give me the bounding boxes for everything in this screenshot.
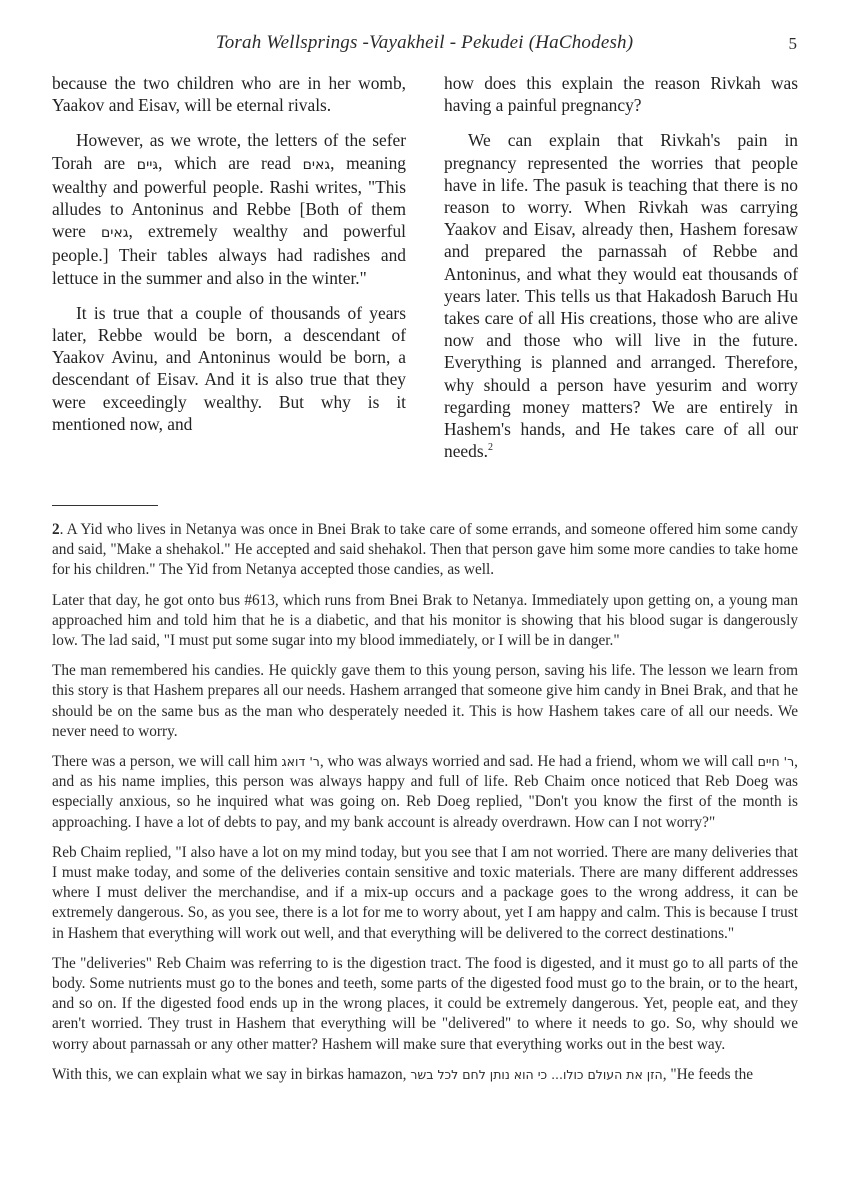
- hebrew-name: ר' חיים: [758, 754, 795, 769]
- text-span: There was a person, we will call him: [52, 753, 282, 770]
- hebrew-word: גּיים: [137, 157, 158, 173]
- left-column: because the two children who are in her …: [52, 72, 406, 475]
- footnote-2-paragraph-3: The man remembered his candies. He quick…: [52, 661, 798, 742]
- footnote-2-paragraph-7: With this, we can explain what we say in…: [52, 1065, 798, 1085]
- text-span: , who was always worried and sad. He had…: [320, 753, 758, 770]
- page-number: 5: [789, 34, 798, 54]
- text-span: , which are read: [158, 153, 302, 173]
- left-paragraph-2: However, as we wrote, the letters of the…: [52, 129, 406, 288]
- right-column: how does this explain the reason Rivkah …: [444, 72, 798, 475]
- left-paragraph-3: It is true that a couple of thousands of…: [52, 302, 406, 435]
- header-title: Torah Wellsprings -Vayakheil - Pekudei (…: [0, 32, 849, 54]
- text-span: , "He feeds the: [663, 1066, 753, 1083]
- running-header: Torah Wellsprings -Vayakheil - Pekudei (…: [0, 32, 849, 58]
- text-span: We can explain that Rivkah's pain in pre…: [444, 130, 798, 461]
- body-columns: because the two children who are in her …: [52, 72, 798, 475]
- footnote-number: 2: [52, 521, 60, 538]
- hebrew-quote: הזן את העולם כולו... כי הוא נותן לחם לכל…: [410, 1067, 662, 1082]
- footnote-2-paragraph-5: Reb Chaim replied, "I also have a lot on…: [52, 843, 798, 944]
- footnote-2-paragraph-2: Later that day, he got onto bus #613, wh…: [52, 591, 798, 652]
- text-span: With this, we can explain what we say in…: [52, 1066, 410, 1083]
- right-paragraph-1: how does this explain the reason Rivkah …: [444, 72, 798, 116]
- footnote-2-paragraph-1: 2. A Yid who lives in Netanya was once i…: [52, 520, 798, 581]
- right-paragraph-2: We can explain that Rivkah's pain in pre…: [444, 129, 798, 462]
- footnote-separator: [52, 505, 158, 506]
- document-page: Torah Wellsprings -Vayakheil - Pekudei (…: [0, 0, 849, 1200]
- hebrew-word: גאים: [303, 157, 331, 173]
- left-paragraph-1: because the two children who are in her …: [52, 72, 406, 116]
- footnote-reference-link[interactable]: 2: [488, 442, 493, 453]
- hebrew-name: ר' דואג: [282, 754, 320, 769]
- hebrew-word: גאים: [101, 225, 129, 241]
- footnotes-section: 2. A Yid who lives in Netanya was once i…: [52, 520, 798, 1095]
- footnote-2-paragraph-4: There was a person, we will call him ר' …: [52, 752, 798, 833]
- footnote-2-paragraph-6: The "deliveries" Reb Chaim was referring…: [52, 954, 798, 1055]
- text-span: . A Yid who lives in Netanya was once in…: [52, 521, 798, 578]
